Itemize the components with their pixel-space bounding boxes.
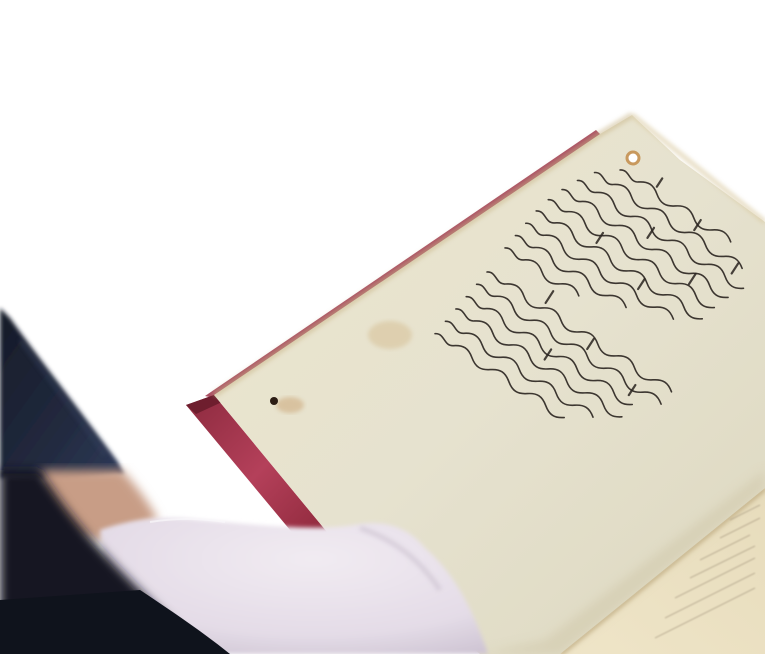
stain	[368, 321, 412, 349]
stain	[276, 397, 304, 413]
worm-hole-top	[627, 152, 639, 164]
photo-scene	[0, 0, 765, 654]
worm-hole	[270, 397, 278, 405]
